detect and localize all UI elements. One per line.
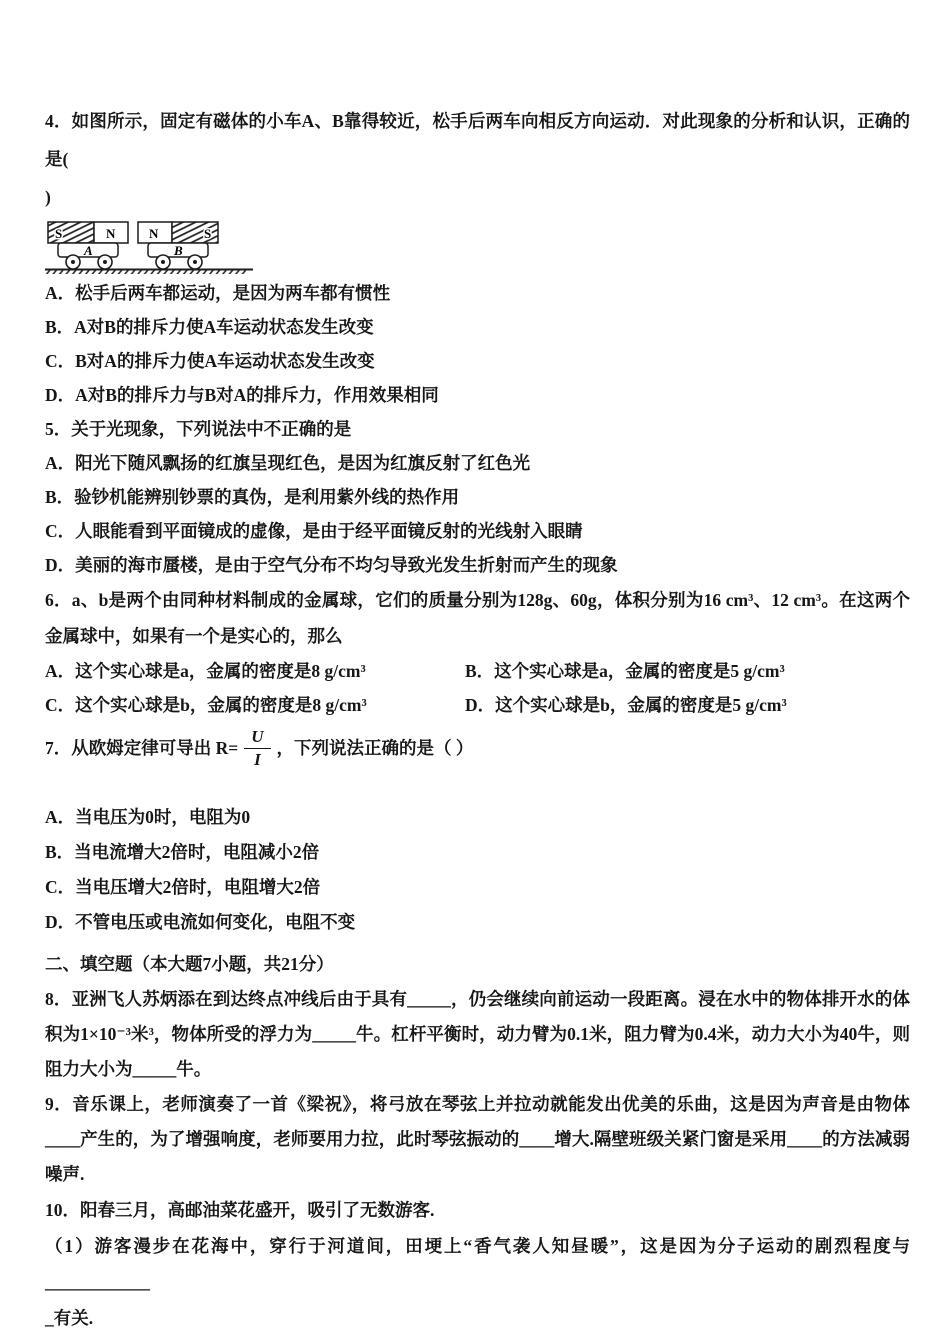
question-5: 5．关于光现象，下列说法中不正确的是 A．阳光下随风飘扬的红旗呈现红色，是因为红… <box>45 412 910 582</box>
question-7-option-b: B．当电流增大2倍时，电阻减小2倍 <box>45 835 910 870</box>
question-4-stem-line2: ) <box>45 178 910 216</box>
question-7-stem-suffix: ，下列说法正确的是（ ） <box>277 722 474 774</box>
section-2-heading: 二、填空题（本大题7小题，共21分） <box>45 946 910 982</box>
magnet-carts-svg: S N A N S B <box>45 220 257 274</box>
fraction-denominator: I <box>254 749 261 770</box>
question-10-part1: （1）游客漫步在花海中，穿行于河道间，田埂上“香气袭人知昼暖”，这是因为分子运动… <box>45 1228 910 1300</box>
question-5-option-b: B．验钞机能辨别钞票的真伪，是利用紫外线的热作用 <box>45 480 910 514</box>
question-9-text: 9．音乐课上，老师演奏了一首《梁祝》，将弓放在琴弦上并拉动就能发出优美的乐曲，这… <box>45 1087 910 1192</box>
question-6-option-d: D．这个实心球是b，金属的密度是5 g/cm³ <box>465 688 787 722</box>
question-7-stem: 7．从欧姆定律可导出 R= U I ，下列说法正确的是（ ） <box>45 722 910 774</box>
question-4-option-c: C．B对A的排斥力使A车运动状态发生改变 <box>45 344 910 378</box>
question-4-option-a: A．松手后两车都运动，是因为两车都有惯性 <box>45 276 910 310</box>
exam-document-page: 4．如图所示，固定有磁体的小车A、B靠得较近，松手后两车向相反方向运动．对此现象… <box>0 0 950 1344</box>
cart-b-left-pole-label: N <box>149 226 159 241</box>
cart-a-left-pole-label: S <box>55 226 62 241</box>
cart-b-body-label: B <box>173 243 183 258</box>
cart-b: N S B <box>138 222 218 269</box>
question-5-option-a: A．阳光下随风飘扬的红旗呈现红色，是因为红旗反射了红色光 <box>45 446 910 480</box>
question-6-option-a: A．这个实心球是a，金属的密度是8 g/cm³ <box>45 654 465 688</box>
question-4: 4．如图所示，固定有磁体的小车A、B靠得较近，松手后两车向相反方向运动．对此现象… <box>45 102 910 412</box>
question-8-text: 8．亚洲飞人苏炳添在到达终点冲线后由于具有_____，仍会继续向前运动一段距离。… <box>45 982 910 1087</box>
cart-a: S N A <box>48 222 128 269</box>
cart-b-right-pole-label: S <box>204 226 211 241</box>
question-7-option-a: A．当电压为0时，电阻为0 <box>45 800 910 835</box>
question-7-stem-prefix: 7．从欧姆定律可导出 R= <box>45 722 238 774</box>
question-6: 6．a、b是两个由同种材料制成的金属球，它们的质量分别为128g、60g，体积分… <box>45 582 910 722</box>
question-10: 10．阳春三月，高邮油菜花盛开，吸引了无数游客. （1）游客漫步在花海中，穿行于… <box>45 1192 910 1336</box>
question-4-option-d: D．A对B的排斥力与B对A的排斥力，作用效果相同 <box>45 378 910 412</box>
question-10-part1-continuation: _有关. <box>45 1300 910 1336</box>
magnet-carts-figure: S N A N S B <box>45 220 910 274</box>
question-7: 7．从欧姆定律可导出 R= U I ，下列说法正确的是（ ） A．当电压为0时，… <box>45 722 910 940</box>
question-5-option-d: D．美丽的海市蜃楼，是由于空气分布不均匀导致光发生折射而产生的现象 <box>45 548 910 582</box>
question-6-option-c: C．这个实心球是b，金属的密度是8 g/cm³ <box>45 688 465 722</box>
question-7-option-c: C．当电压增大2倍时，电阻增大2倍 <box>45 870 910 905</box>
fraction-numerator: U <box>244 727 270 749</box>
cart-a-right-pole-label: N <box>106 226 116 241</box>
question-10-stem: 10．阳春三月，高邮油菜花盛开，吸引了无数游客. <box>45 1192 910 1228</box>
question-5-option-c: C．人眼能看到平面镜成的虚像，是由于经平面镜反射的光线射入眼睛 <box>45 514 910 548</box>
cart-a-body-label: A <box>83 243 93 258</box>
question-5-stem: 5．关于光现象，下列说法中不正确的是 <box>45 412 910 446</box>
ground-line <box>45 270 253 275</box>
question-6-stem: 6．a、b是两个由同种材料制成的金属球，它们的质量分别为128g、60g，体积分… <box>45 582 910 654</box>
ohms-law-fraction: U I <box>244 727 270 770</box>
question-6-option-b: B．这个实心球是a，金属的密度是5 g/cm³ <box>465 654 785 688</box>
question-4-stem-line1: 4．如图所示，固定有磁体的小车A、B靠得较近，松手后两车向相反方向运动．对此现象… <box>45 102 910 178</box>
question-6-options-row1: A．这个实心球是a，金属的密度是8 g/cm³ B．这个实心球是a，金属的密度是… <box>45 654 910 688</box>
question-7-options: A．当电压为0时，电阻为0 B．当电流增大2倍时，电阻减小2倍 C．当电压增大2… <box>45 800 910 940</box>
question-6-options-row2: C．这个实心球是b，金属的密度是8 g/cm³ D．这个实心球是b，金属的密度是… <box>45 688 910 722</box>
question-4-option-b: B．A对B的排斥力使A车运动状态发生改变 <box>45 310 910 344</box>
question-7-option-d: D．不管电压或电流如何变化，电阻不变 <box>45 905 910 940</box>
